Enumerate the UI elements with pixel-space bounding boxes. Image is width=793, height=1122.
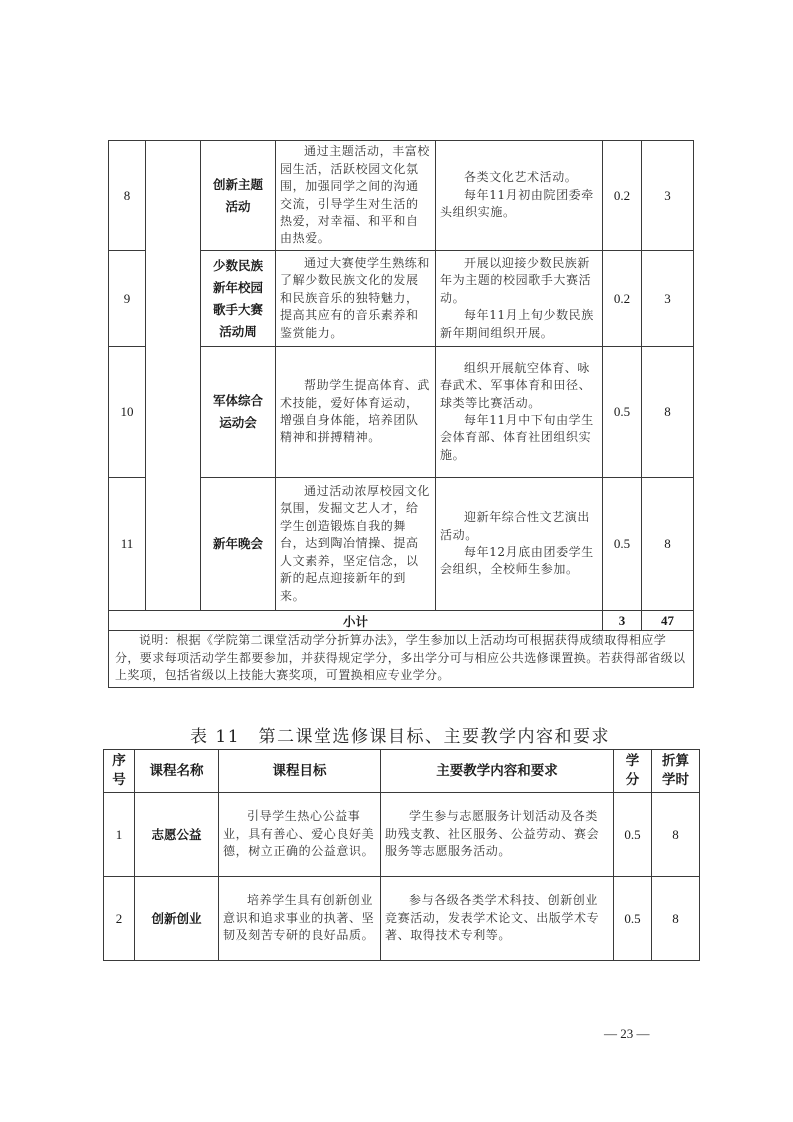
row-number: 2 (104, 877, 135, 961)
credit-value: 0.5 (614, 877, 652, 961)
hours-value: 8 (652, 877, 700, 961)
hours-value: 3 (642, 141, 694, 251)
elective-table: 序 号 课程名称 课程目标 主要教学内容和要求 学 分 折算 学时 1 志愿公益… (103, 749, 700, 961)
course-content: 参与各级各类学术科技、创新创业竞赛活动，发表学术论文、出版学术专著、取得技术专利… (381, 877, 614, 961)
header-no: 序 号 (104, 750, 135, 793)
credit-value: 0.5 (603, 347, 642, 478)
subtotal-row: 小计 3 47 (109, 611, 694, 631)
credit-value: 0.2 (603, 141, 642, 251)
activity-goal: 通过大赛使学生熟练和了解少数民族文化的发展和民族音乐的独特魅力，提高其应有的音乐… (276, 251, 436, 347)
header-goal: 课程目标 (219, 750, 381, 793)
hours-value: 8 (642, 347, 694, 478)
row-number: 9 (109, 251, 146, 347)
table-caption: 表 11 第二课堂选修课目标、主要教学内容和要求 (100, 722, 700, 747)
credit-value: 0.5 (603, 478, 642, 611)
header-hours: 折算 学时 (652, 750, 700, 793)
row-number: 11 (109, 478, 146, 611)
activity-content: 迎新年综合性文艺演出活动。 每年12月底由团委学生会组织，全校师生参加。 (436, 478, 603, 611)
subtotal-credit: 3 (603, 611, 642, 631)
credit-value: 0.2 (603, 251, 642, 347)
row-number: 8 (109, 141, 146, 251)
note-row: 说明：根据《学院第二课堂活动学分折算办法》，学生参加以上活动均可根据获得成绩取得… (109, 631, 694, 688)
header-content: 主要教学内容和要求 (381, 750, 614, 793)
credit-value: 0.5 (614, 793, 652, 877)
course-content: 学生参与志愿服务计划活动及各类助残支教、社区服务、公益劳动、赛会服务等志愿服务活… (381, 793, 614, 877)
hours-value: 3 (642, 251, 694, 347)
table-row: 8 创新主题 活动 通过主题活动，丰富校园生活，活跃校园文化氛围，加强同学之间的… (109, 141, 694, 251)
table-row: 1 志愿公益 引导学生热心公益事业，具有善心、爱心良好美德，树立正确的公益意识。… (104, 793, 700, 877)
category-cell (146, 141, 201, 611)
hours-value: 8 (642, 478, 694, 611)
course-name: 创新创业 (135, 877, 219, 961)
row-number: 1 (104, 793, 135, 877)
subtotal-hours: 47 (642, 611, 694, 631)
activity-content: 开展以迎接少数民族新年为主题的校园歌手大赛活动。 每年11月上旬少数民族新年期间… (436, 251, 603, 347)
header-credit: 学 分 (614, 750, 652, 793)
activity-name: 军体综合 运动会 (201, 347, 276, 478)
table-row: 2 创新创业 培养学生具有创新创业意识和追求事业的执著、坚韧及刻苦专研的良好品质… (104, 877, 700, 961)
table-note: 说明：根据《学院第二课堂活动学分折算办法》，学生参加以上活动均可根据获得成绩取得… (109, 631, 694, 688)
subtotal-label: 小计 (109, 611, 603, 631)
activity-name: 创新主题 活动 (201, 141, 276, 251)
course-name: 志愿公益 (135, 793, 219, 877)
course-goal: 引导学生热心公益事业，具有善心、爱心良好美德，树立正确的公益意识。 (219, 793, 381, 877)
activity-table: 8 创新主题 活动 通过主题活动，丰富校园生活，活跃校园文化氛围，加强同学之间的… (108, 140, 694, 688)
activity-content: 各类文化艺术活动。 每年11月初由院团委牵头组织实施。 (436, 141, 603, 251)
activity-content: 组织开展航空体育、咏春武术、军事体育和田径、球类等比赛活动。 每年11月中下旬由… (436, 347, 603, 478)
activity-name: 新年晚会 (201, 478, 276, 611)
page-number: — 23 — (604, 1026, 650, 1042)
activity-goal: 帮助学生提高体育、武术技能，爱好体育运动，增强自身体能，培养团队精神和拼搏精神。 (276, 347, 436, 478)
activity-goal: 通过主题活动，丰富校园生活，活跃校园文化氛围，加强同学之间的沟通交流，引导学生对… (276, 141, 436, 251)
activity-goal: 通过活动浓厚校园文化氛围，发掘文艺人才，给学生创造锻炼自我的舞台，达到陶冶情操、… (276, 478, 436, 611)
row-number: 10 (109, 347, 146, 478)
header-name: 课程名称 (135, 750, 219, 793)
header-row: 序 号 课程名称 课程目标 主要教学内容和要求 学 分 折算 学时 (104, 750, 700, 793)
course-goal: 培养学生具有创新创业意识和追求事业的执著、坚韧及刻苦专研的良好品质。 (219, 877, 381, 961)
activity-name: 少数民族 新年校园 歌手大赛 活动周 (201, 251, 276, 347)
hours-value: 8 (652, 793, 700, 877)
